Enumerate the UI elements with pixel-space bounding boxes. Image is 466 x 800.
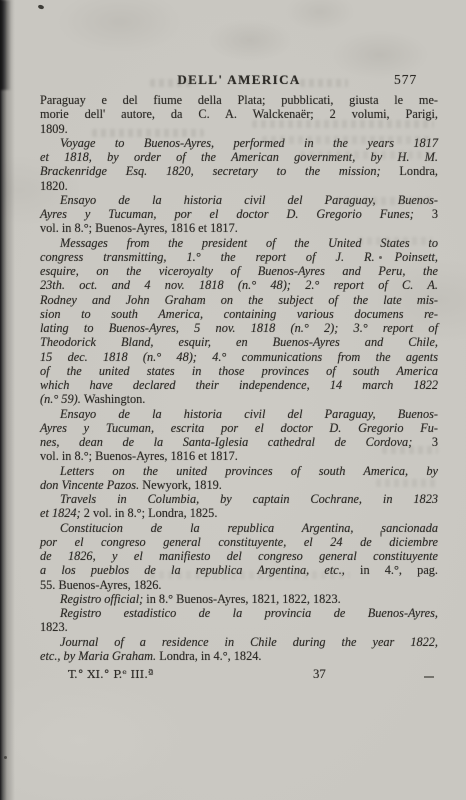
- text-line: Registro estadistico de la provincia de …: [40, 606, 438, 620]
- imprint-text: 1820.: [40, 179, 68, 193]
- title-text: et 1824;: [40, 506, 84, 520]
- title-text: (n.° 59).: [40, 392, 84, 406]
- text-line: Travels in Columbia, by captain Cochrane…: [40, 492, 438, 506]
- sheet-number: 37: [313, 667, 326, 682]
- text-line: Registro official; in 8.° Buenos-Ayres, …: [40, 592, 438, 606]
- title-text: Registro estadistico de la provincia de …: [60, 606, 438, 620]
- page-number: 577: [394, 72, 417, 88]
- imprint-text: 55. Buenos-Ayres, 1826.: [40, 578, 162, 592]
- text-line: Ensayo de la historia civil del Paraguay…: [40, 407, 438, 421]
- text-line: vol. in 8.°; Buenos-Ayres, 1816 et 1817.: [40, 449, 438, 463]
- title-text: Ayres y Tucuman, por el doctor D. Gregor…: [40, 207, 432, 221]
- text-line: esquire, on the viceroyalty of Buenos-Ay…: [40, 264, 438, 278]
- text-line: Journal of a residence in Chile during t…: [40, 635, 438, 649]
- text-line: congress transmitting, 1.° the report of…: [40, 250, 438, 264]
- paper-speck: [4, 756, 7, 759]
- imprint-text: in 8.° Buenos-Ayres, 1821, 1822, 1823.: [146, 592, 340, 606]
- title-text: sion to south America, containing variou…: [40, 307, 438, 321]
- running-head: DELL' AMERICA 577: [40, 72, 438, 91]
- text-line: Theodorick Bland, esquir, en Buenos-Ayre…: [40, 335, 438, 349]
- scanned-book-page: DELL' AMERICA 577 Paraguay e del fiume d…: [0, 0, 466, 800]
- title-text: Journal of a residence in Chile during t…: [60, 635, 438, 649]
- imprint-text: 2 vol. in 8.°; Londra, 1825.: [84, 506, 218, 520]
- bibliography-entry: Paraguay e del fiume della Plata; pubbli…: [40, 93, 438, 136]
- title-text: a los pueblos de la republica Argentina,…: [40, 563, 360, 577]
- title-text: et 1818, by order of the American govern…: [40, 150, 438, 164]
- text-line: which have declared their independence, …: [40, 378, 438, 392]
- imprint-text: Newyork, 1819.: [142, 478, 222, 492]
- page-body: Paraguay e del fiume della Plata; pubbli…: [40, 93, 438, 663]
- text-line: de 1826, y el manifiesto del congreso ge…: [40, 549, 438, 563]
- imprint-text: morie dell' autore, da C. A. Walckenaër;…: [40, 107, 438, 121]
- text-line: Ayres y Tucuman, por el doctor D. Gregor…: [40, 207, 438, 221]
- bibliography-entry: Letters on the united provinces of south…: [40, 464, 438, 493]
- title-text: 15 dec. 1818 (n.° 48); 4.° communication…: [40, 350, 438, 364]
- text-line: Voyage to Buenos-Ayres, performed in the…: [40, 136, 438, 150]
- title-text: Ensayo de la historia civil del Paraguay…: [60, 193, 438, 207]
- text-line: et 1824; 2 vol. in 8.°; Londra, 1825.: [40, 506, 438, 520]
- title-text: Constitucion de la republica Argentina, …: [60, 521, 438, 535]
- title-text: Ensayo de la historia civil del Paraguay…: [60, 407, 438, 421]
- imprint-text: Washington.: [84, 392, 146, 406]
- imprint-text: Londra, in 4.°, 1824.: [159, 649, 261, 663]
- bibliography-entry: Messages from the president of the Unite…: [40, 236, 438, 407]
- text-line: don Vincente Pazos. Newyork, 1819.: [40, 478, 438, 492]
- scan-gutter-edge: [0, 0, 16, 800]
- imprint-text: 1809.: [40, 122, 68, 136]
- title-text: Voyage to Buenos-Ayres, performed in the…: [60, 136, 438, 150]
- title-text: of the united states in those provinces …: [40, 364, 438, 378]
- text-line: Messages from the president of the Unite…: [40, 236, 438, 250]
- text-line: etc., by Maria Graham. Londra, in 4.°, 1…: [40, 649, 438, 663]
- title-text: Messages from the president of the Unite…: [60, 236, 438, 250]
- title-text: lating to Buenos-Ayres, 5 nov. 1818 (n.°…: [40, 321, 438, 335]
- title-text: esquire, on the viceroyalty of Buenos-Ay…: [40, 264, 438, 278]
- page-footer: T.° XI.° P.ᵉ III.ª 37: [40, 667, 438, 683]
- volume-signature: T.° XI.° P.ᵉ III.ª: [68, 667, 153, 681]
- text-line: morie dell' autore, da C. A. Walckenaër;…: [40, 107, 438, 121]
- title-text: Letters on the united provinces of south…: [60, 464, 438, 478]
- title-text: Theodorick Bland, esquir, en Buenos-Ayre…: [40, 335, 438, 349]
- text-line: Letters on the united provinces of south…: [40, 464, 438, 478]
- imprint-text: 1823.: [40, 620, 68, 634]
- text-line: a los pueblos de la republica Argentina,…: [40, 563, 438, 577]
- text-line: 15 dec. 1818 (n.° 48); 4.° communication…: [40, 350, 438, 364]
- imprint-text: Londra,: [399, 164, 438, 178]
- imprint-text: vol. in 8.°; Buenos-Ayres, 1816 et 1817.: [40, 449, 238, 463]
- imprint-text: Paraguay e del fiume della Plata; pubbli…: [40, 93, 438, 107]
- title-text: de 1826, y el manifiesto del congreso ge…: [40, 549, 438, 563]
- title-text: 23th. oct. and 4 nov. 1818 (n.° 48); 2.°…: [40, 278, 438, 292]
- text-line: nes, dean de la Santa-Iglesia cathedral …: [40, 435, 438, 449]
- page-content: DELL' AMERICA 577 Paraguay e del fiume d…: [40, 72, 438, 683]
- title-text: por el congreso general constituyente, e…: [40, 535, 438, 549]
- bibliography-entry: Travels in Columbia, by captain Cochrane…: [40, 492, 438, 521]
- text-line: of the united states in those provinces …: [40, 364, 438, 378]
- title-text: etc., by Maria Graham.: [40, 649, 159, 663]
- text-line: 1809.: [40, 122, 438, 136]
- text-line: Brackenridge Esq. 1820, secretary to the…: [40, 164, 438, 178]
- text-line: (n.° 59). Washington.: [40, 392, 438, 406]
- text-line: Paraguay e del fiume della Plata; pubbli…: [40, 93, 438, 107]
- title-text: nes, dean de la Santa-Iglesia cathedral …: [40, 435, 432, 449]
- text-line: por el congreso general constituyente, e…: [40, 535, 438, 549]
- bibliography-entry: Ensayo de la historia civil del Paraguay…: [40, 193, 438, 236]
- text-line: 23th. oct. and 4 nov. 1818 (n.° 48); 2.°…: [40, 278, 438, 292]
- text-line: Ayres y Tucuman, escrita por el doctor D…: [40, 421, 438, 435]
- bibliography-entry: Voyage to Buenos-Ayres, performed in the…: [40, 136, 438, 193]
- text-line: Ensayo de la historia civil del Paraguay…: [40, 193, 438, 207]
- bibliography-entry: Journal of a residence in Chile during t…: [40, 635, 438, 664]
- text-line: lating to Buenos-Ayres, 5 nov. 1818 (n.°…: [40, 321, 438, 335]
- text-line: Constitucion de la republica Argentina, …: [40, 521, 438, 535]
- text-line: et 1818, by order of the American govern…: [40, 150, 438, 164]
- bibliography-entry: Registro official; in 8.° Buenos-Ayres, …: [40, 592, 438, 606]
- title-text: which have declared their independence, …: [40, 378, 438, 392]
- paper-speck: [38, 4, 45, 10]
- title-text: congress transmitting, 1.° the report of…: [40, 250, 438, 264]
- title-text: Travels in Columbia, by captain Cochrane…: [60, 492, 438, 506]
- title-text: don Vincente Pazos.: [40, 478, 142, 492]
- imprint-text: 3: [432, 435, 438, 449]
- title-text: Ayres y Tucuman, escrita por el doctor D…: [40, 421, 438, 435]
- text-line: 55. Buenos-Ayres, 1826.: [40, 578, 438, 592]
- title-text: Registro official;: [60, 592, 146, 606]
- running-head-title: DELL' AMERICA: [40, 72, 438, 88]
- bibliography-entry: Registro estadistico de la provincia de …: [40, 606, 438, 635]
- title-text: Rodney and John Graham on the subject of…: [40, 293, 438, 307]
- bibliography-entry: Constitucion de la republica Argentina, …: [40, 521, 438, 592]
- imprint-text: in 4.°, pag.: [360, 563, 438, 577]
- text-line: 1820.: [40, 179, 438, 193]
- imprint-text: vol. in 8.°; Buenos-Ayres, 1816 et 1817.: [40, 221, 238, 235]
- imprint-text: 3: [432, 207, 438, 221]
- bibliography-entry: Ensayo de la historia civil del Paraguay…: [40, 407, 438, 464]
- text-line: sion to south America, containing variou…: [40, 307, 438, 321]
- text-line: vol. in 8.°; Buenos-Ayres, 1816 et 1817.: [40, 221, 438, 235]
- text-line: 1823.: [40, 620, 438, 634]
- scan-corner-shadow: [0, 0, 14, 90]
- text-line: Rodney and John Graham on the subject of…: [40, 293, 438, 307]
- title-text: Brackenridge Esq. 1820, secretary to the…: [40, 164, 399, 178]
